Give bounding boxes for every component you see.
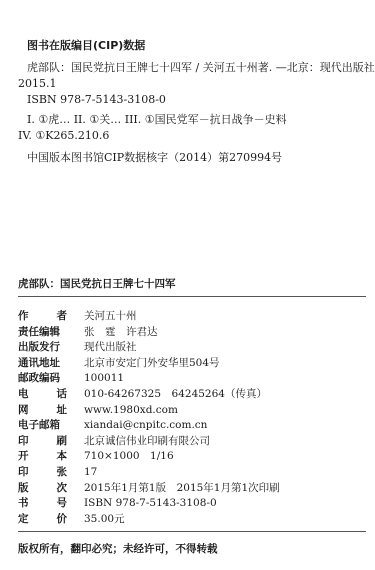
detail-value: 35.00元 (84, 512, 125, 527)
divider-bottom (18, 531, 366, 532)
detail-value: 100011 (84, 371, 124, 386)
detail-label-text: 版 (18, 481, 29, 496)
detail-label-text: 电子邮箱 (18, 418, 60, 433)
detail-row: 通讯地址北京市安定门外安华里504号 (18, 356, 220, 371)
detail-label: 电话 (18, 387, 67, 402)
cip-classification-line-2: IV. ①K265.210.6 (18, 129, 109, 143)
detail-label-text: 次 (57, 481, 68, 496)
detail-row: 电子邮箱xiandai@cnpitc.com.cn (18, 418, 207, 433)
cip-entry-line-2: 2015.1 (18, 77, 57, 91)
detail-row: 版次2015年1月第1版 2015年1月第1次印刷 (18, 481, 280, 496)
detail-label-text: 电 (18, 387, 29, 402)
detail-row: 印张17 (18, 465, 97, 480)
detail-row: 邮政编码100011 (18, 371, 124, 386)
detail-label-text: 印 (18, 434, 29, 449)
detail-label: 书号 (18, 496, 67, 511)
detail-label: 责任编辑 (18, 325, 67, 340)
detail-value: 现代出版社 (84, 340, 137, 355)
detail-row: 书号ISBN 978-7-5143-3108-0 (18, 496, 217, 511)
book-title: 虎部队：国民党抗日王牌七十四军 (18, 276, 176, 291)
detail-value: xiandai@cnpitc.com.cn (84, 418, 207, 433)
detail-value: 张 霆 许君达 (84, 325, 158, 340)
detail-label: 版次 (18, 481, 67, 496)
detail-label-text: 址 (57, 403, 68, 418)
detail-value: 北京诚信伟业印刷有限公司 (84, 434, 210, 449)
detail-value: 北京市安定门外安华里504号 (84, 356, 220, 371)
detail-label: 开本 (18, 449, 67, 464)
detail-label-text: 号 (57, 496, 68, 511)
detail-label-text: 出版发行 (18, 340, 60, 355)
detail-label: 电子邮箱 (18, 418, 67, 433)
detail-label-text: 刷 (57, 434, 68, 449)
cip-heading: 图书在版编目(CIP)数据 (27, 37, 145, 53)
detail-label: 作者 (18, 309, 67, 324)
detail-label-text: 本 (57, 449, 68, 464)
cip-number: 中国版本图书馆CIP数据核字（2014）第270994号 (27, 151, 282, 165)
detail-label-text: 张 (57, 465, 68, 480)
detail-value: 710×1000 1/16 (84, 449, 174, 464)
detail-label-text: 者 (57, 309, 68, 324)
detail-value: 2015年1月第1版 2015年1月第1次印刷 (84, 481, 280, 496)
detail-row: 定价35.00元 (18, 512, 125, 527)
detail-label-text: 开 (18, 449, 29, 464)
detail-label-text: 价 (57, 512, 68, 527)
detail-label-text: 责任编辑 (18, 325, 60, 340)
detail-value: ISBN 978-7-5143-3108-0 (84, 496, 217, 511)
detail-row: 开本710×1000 1/16 (18, 449, 174, 464)
detail-row: 责任编辑张 霆 许君达 (18, 325, 158, 340)
detail-label: 印张 (18, 465, 67, 480)
detail-value: 17 (84, 465, 97, 480)
detail-row: 印刷北京诚信伟业印刷有限公司 (18, 434, 210, 449)
detail-label-text: 邮政编码 (18, 371, 60, 386)
detail-label: 印刷 (18, 434, 67, 449)
detail-label-text: 作 (18, 309, 29, 324)
detail-row: 电话010-64267325 64245264（传真） (18, 387, 267, 402)
detail-label-text: 网 (18, 403, 29, 418)
detail-label: 邮政编码 (18, 371, 67, 386)
detail-row: 出版发行现代出版社 (18, 340, 137, 355)
cip-isbn: ISBN 978-7-5143-3108-0 (27, 93, 166, 107)
detail-label: 出版发行 (18, 340, 67, 355)
detail-label-text: 印 (18, 465, 29, 480)
detail-label: 网址 (18, 403, 67, 418)
cip-entry-line-1: 虎部队：国民党抗日王牌七十四军 / 关河五十州著. —北京：现代出版社， (27, 61, 375, 75)
detail-label-text: 书 (18, 496, 29, 511)
copyright-notice: 版权所有，翻印必究；未经许可，不得转载 (18, 541, 218, 556)
detail-row: 网址www.1980xd.com (18, 403, 178, 418)
cip-classification-line-1: I. ①虎… II. ①关… III. ①国民党军－抗日战争－史料 (27, 113, 287, 127)
detail-label-text: 定 (18, 512, 29, 527)
detail-row: 作者关河五十州 (18, 309, 137, 324)
detail-label: 通讯地址 (18, 356, 67, 371)
divider-top (18, 296, 366, 297)
detail-value: 关河五十州 (84, 309, 137, 324)
detail-label-text: 通讯地址 (18, 356, 60, 371)
detail-label-text: 话 (57, 387, 68, 402)
detail-label: 定价 (18, 512, 67, 527)
detail-value: www.1980xd.com (84, 403, 178, 418)
copyright-page: 图书在版编目(CIP)数据 虎部队：国民党抗日王牌七十四军 / 关河五十州著. … (0, 0, 375, 570)
detail-value: 010-64267325 64245264（传真） (84, 387, 267, 402)
